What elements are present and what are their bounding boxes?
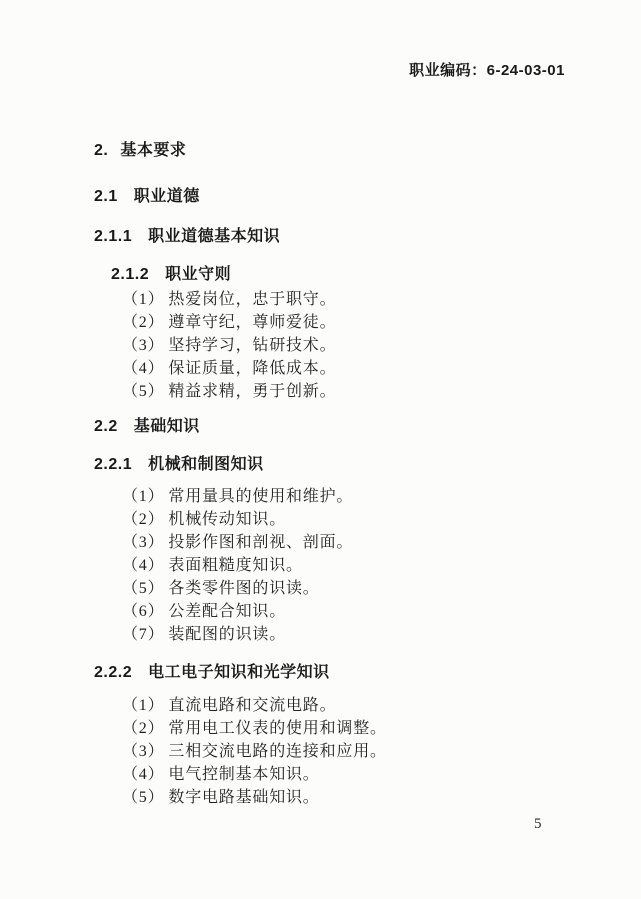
list-item-text: 投影作图和剖视、剖面。 (168, 534, 353, 551)
section-heading-2-2-2: 2.2.2电工电子知识和光学知识 (94, 659, 330, 682)
list-professional-rules: （1）热爱岗位，忠于职守。 （2）遵章守纪，尊师爱徒。 （3）坚持学习，钻研技术… (122, 288, 336, 403)
list-item-text: 机械传动知识。 (168, 511, 286, 528)
list-item: （4）电气控制基本知识。 (122, 763, 387, 786)
list-item-text: 装配图的识读。 (168, 626, 286, 643)
heading-title: 基础知识 (134, 418, 200, 435)
list-item-marker: （6） (122, 600, 164, 623)
heading-title: 职业道德基本知识 (148, 228, 280, 245)
list-item: （3）三相交流电路的连接和应用。 (122, 740, 387, 763)
list-item: （1）直流电路和交流电路。 (122, 694, 387, 717)
list-item-marker: （5） (122, 577, 164, 600)
list-item-marker: （4） (122, 357, 164, 380)
list-electrical-optical-knowledge: （1）直流电路和交流电路。 （2）常用电工仪表的使用和调整。 （3）三相交流电路… (122, 694, 387, 809)
list-item-marker: （2） (122, 508, 164, 531)
list-item-marker: （2） (122, 311, 164, 334)
list-item-text: 各类零件图的识读。 (168, 580, 319, 597)
list-item-marker: （1） (122, 288, 164, 311)
list-item-text: 坚持学习，钻研技术。 (168, 337, 336, 354)
list-item-marker: （5） (122, 380, 164, 403)
chapter-heading-2: 2.基本要求 (94, 137, 186, 160)
list-item-marker: （3） (122, 740, 164, 763)
section-heading-2-1: 2.1职业道德 (94, 183, 200, 206)
list-item: （5）数字电路基础知识。 (122, 786, 387, 809)
list-item-text: 常用电工仪表的使用和调整。 (168, 720, 386, 737)
section-heading-2-2-1: 2.2.1机械和制图知识 (94, 451, 264, 474)
list-item-text: 直流电路和交流电路。 (168, 697, 336, 714)
section-heading-2-2: 2.2基础知识 (94, 413, 200, 436)
list-item-text: 三相交流电路的连接和应用。 (168, 743, 386, 760)
section-heading-2-1-2: 2.1.2职业守则 (111, 261, 231, 284)
heading-title: 职业道德 (134, 188, 200, 205)
list-item: （1）常用量具的使用和维护。 (122, 485, 353, 508)
list-item-marker: （2） (122, 717, 164, 740)
heading-title: 机械和制图知识 (148, 456, 264, 473)
list-item: （7）装配图的识读。 (122, 623, 353, 646)
list-item-text: 遵章守纪，尊师爱徒。 (168, 314, 336, 331)
list-item-marker: （3） (122, 531, 164, 554)
page-number: 5 (534, 816, 542, 833)
list-item: （2）机械传动知识。 (122, 508, 353, 531)
list-item-marker: （5） (122, 786, 164, 809)
section-heading-2-1-1: 2.1.1职业道德基本知识 (94, 223, 280, 246)
list-item: （3）坚持学习，钻研技术。 (122, 334, 336, 357)
list-item-text: 电气控制基本知识。 (168, 766, 319, 783)
list-item-text: 精益求精，勇于创新。 (168, 383, 336, 400)
list-mechanical-drawing-knowledge: （1）常用量具的使用和维护。 （2）机械传动知识。 （3）投影作图和剖视、剖面。… (122, 485, 353, 646)
document-page: 职业编码：6-24-03-01 2.基本要求 2.1职业道德 2.1.1职业道德… (0, 0, 641, 899)
heading-title: 电工电子知识和光学知识 (148, 664, 330, 681)
list-item: （2）常用电工仪表的使用和调整。 (122, 717, 387, 740)
list-item: （2）遵章守纪，尊师爱徒。 (122, 311, 336, 334)
list-item-marker: （1） (122, 694, 164, 717)
list-item-text: 热爱岗位，忠于职守。 (168, 291, 336, 308)
list-item-text: 公差配合知识。 (168, 603, 286, 620)
heading-number: 2. (94, 142, 108, 160)
list-item: （5）精益求精，勇于创新。 (122, 380, 336, 403)
heading-number: 2.2 (94, 418, 118, 436)
list-item: （6）公差配合知识。 (122, 600, 353, 623)
heading-number: 2.1.1 (94, 228, 132, 246)
heading-title: 基本要求 (120, 142, 186, 159)
list-item: （5）各类零件图的识读。 (122, 577, 353, 600)
list-item: （4）表面粗糙度知识。 (122, 554, 353, 577)
heading-title: 职业守则 (165, 266, 231, 283)
list-item-marker: （3） (122, 334, 164, 357)
list-item-text: 保证质量，降低成本。 (168, 360, 336, 377)
list-item-text: 常用量具的使用和维护。 (168, 488, 353, 505)
list-item: （1）热爱岗位，忠于职守。 (122, 288, 336, 311)
list-item-text: 表面粗糙度知识。 (168, 557, 302, 574)
heading-number: 2.1 (94, 188, 118, 206)
heading-number: 2.2.2 (94, 664, 132, 682)
list-item-marker: （7） (122, 623, 164, 646)
heading-number: 2.2.1 (94, 456, 132, 474)
list-item-marker: （1） (122, 485, 164, 508)
list-item-marker: （4） (122, 554, 164, 577)
occupation-code-header: 职业编码：6-24-03-01 (409, 59, 565, 80)
list-item-text: 数字电路基础知识。 (168, 789, 319, 806)
list-item: （4）保证质量，降低成本。 (122, 357, 336, 380)
list-item: （3）投影作图和剖视、剖面。 (122, 531, 353, 554)
list-item-marker: （4） (122, 763, 164, 786)
heading-number: 2.1.2 (111, 266, 149, 284)
